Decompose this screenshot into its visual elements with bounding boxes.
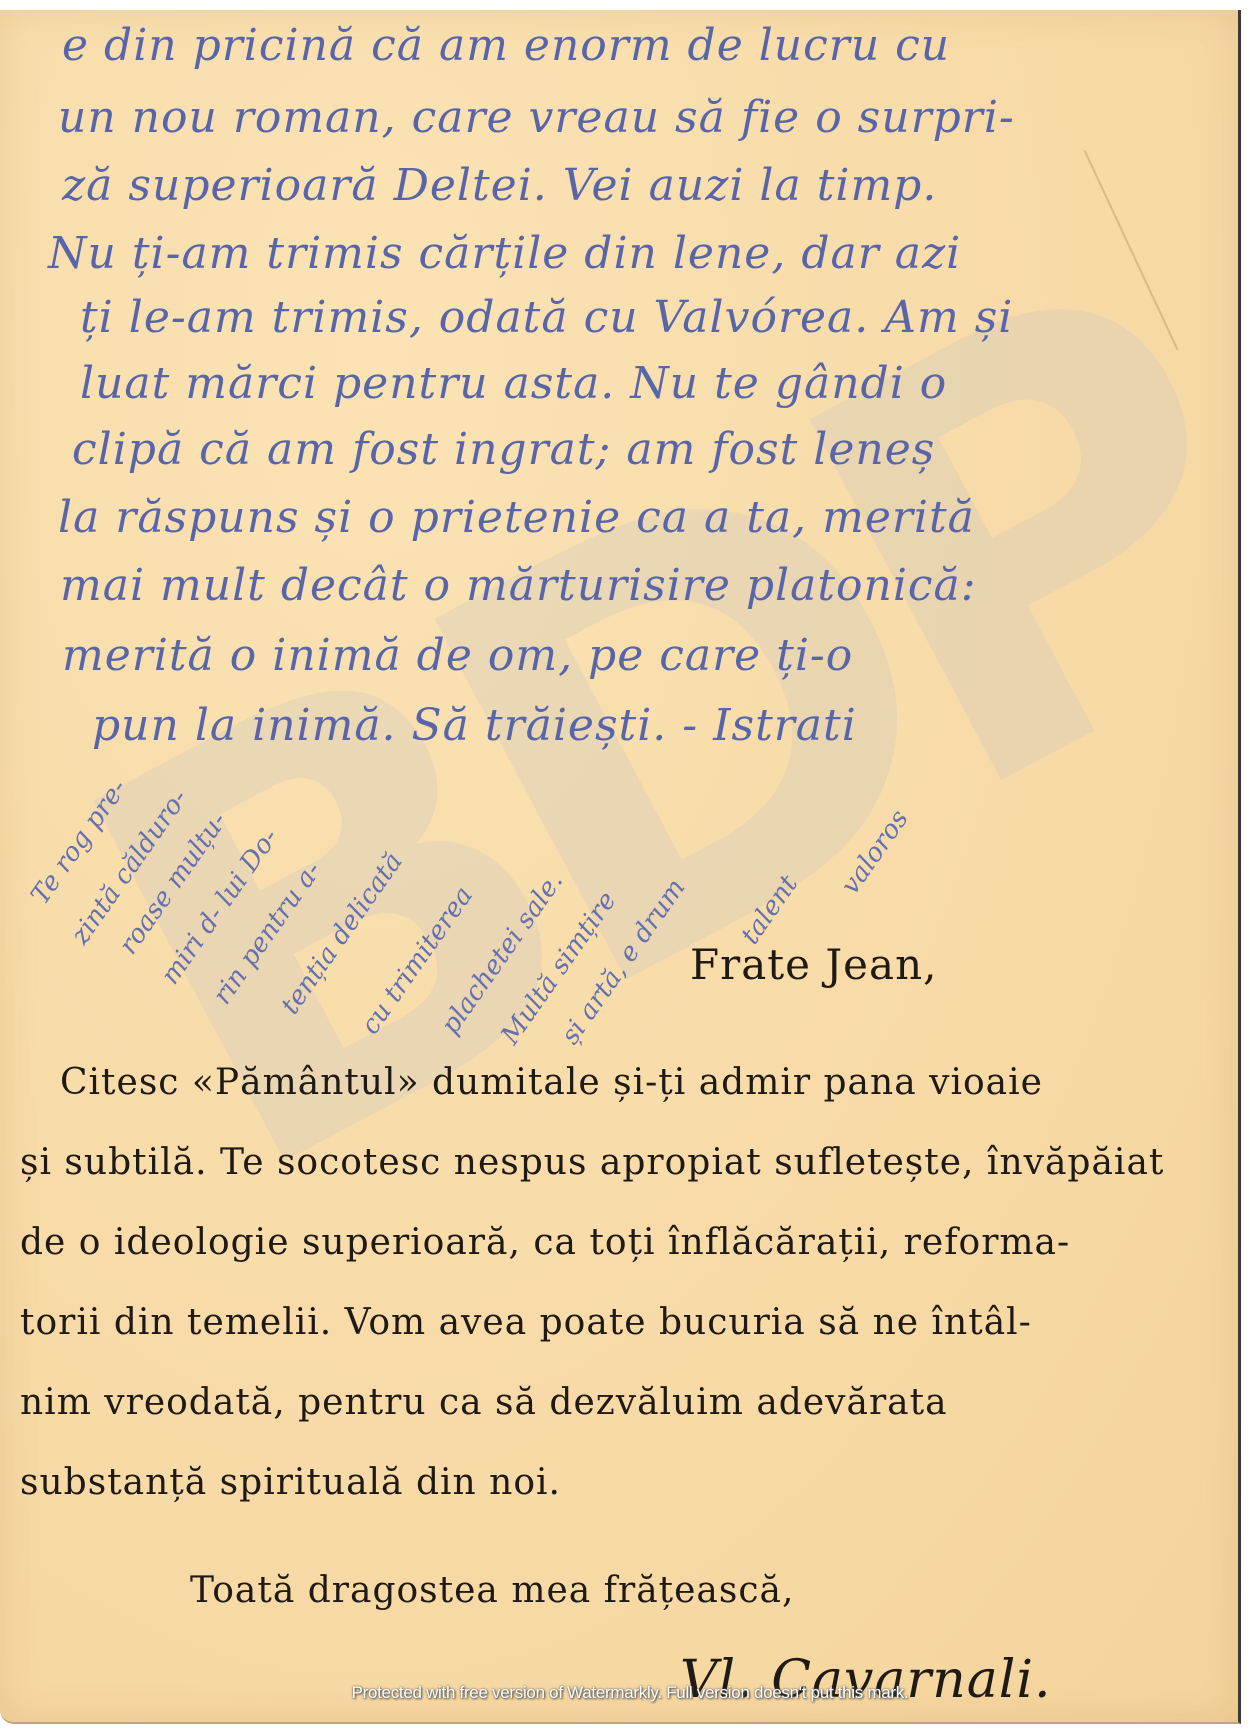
black-line-3: de o ideologie superioară, ca toți înflă… — [20, 1222, 1070, 1263]
scan-right-margin — [1241, 0, 1256, 1729]
diag-line-11: talent — [735, 870, 804, 950]
black-line-1: Citesc «Pământul» dumitale și-ți admir p… — [60, 1062, 1043, 1103]
blue-line-1: e din pricină că am enorm de lucru cu — [62, 20, 950, 71]
blue-line-10: merită o inimă de om, pe care ți-o — [62, 630, 853, 681]
diag-line-12: valoros — [835, 804, 914, 900]
blue-line-9: mai mult decât o mărturisire platonică: — [60, 560, 977, 611]
scan-top-margin — [0, 0, 1256, 10]
black-line-5: nim vreodată, pentru ca să dezvăluim ade… — [20, 1382, 948, 1423]
postcard: BDP e din pricină că am enorm de lucru c… — [0, 10, 1241, 1724]
black-line-6: substanță spirituală din noi. — [20, 1462, 561, 1503]
black-line-4: torii din temelii. Vom avea poate bucuri… — [20, 1302, 1032, 1343]
blue-line-2: un nou roman, care vreau să fie o surpri… — [58, 92, 1015, 143]
diagonal-note: Te rog pre- zintă călduro- roase mulțu- … — [20, 770, 960, 1090]
blue-line-7: clipă că am fost ingrat; am fost leneș — [72, 424, 935, 475]
blue-line-11: pun la inimă. Să trăiești. - Istrati — [92, 700, 857, 751]
blue-line-6: luat mărci pentru asta. Nu te gândi o — [80, 358, 947, 409]
blue-line-8: la răspuns și o prietenie ca a ta, merit… — [58, 492, 975, 543]
blue-line-4: Nu ți-am trimis cărțile din lene, dar az… — [48, 228, 961, 279]
blue-line-3: ză superioară Deltei. Vei auzi la timp. — [62, 160, 937, 211]
watermarkly-notice: Protected with free version of Watermark… — [290, 1683, 970, 1703]
closing: Toată dragostea mea frățească, — [190, 1570, 794, 1611]
salutation: Frate Jean, — [690, 940, 937, 989]
black-line-2: și subtilă. Te socotesc nespus apropiat … — [20, 1142, 1164, 1183]
blue-line-5: ți le-am trimis, odată cu Valvórea. Am ș… — [80, 292, 1013, 343]
paper-crease — [1084, 150, 1179, 350]
